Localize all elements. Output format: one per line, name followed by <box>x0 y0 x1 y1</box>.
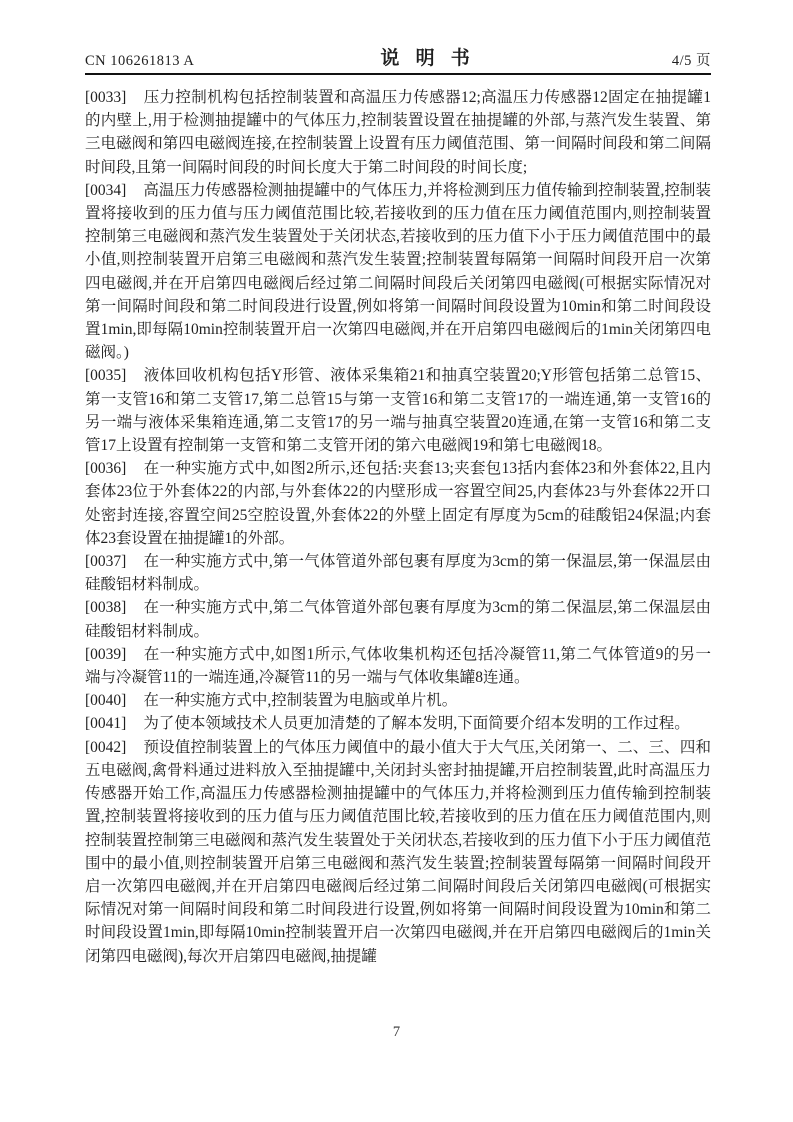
paragraph-number: [0034] <box>85 182 143 199</box>
paragraph-number: [0037] <box>85 553 143 570</box>
paragraph-text: 在一种实施方式中,第二气体管道外部包裹有厚度为3cm的第二保温层,第二保温层由硅… <box>85 599 711 639</box>
spec-paragraph: [0036]在一种实施方式中,如图2所示,还包括:夹套13;夹套包13括内套体2… <box>85 457 711 550</box>
page-footer: 7 <box>0 1024 793 1041</box>
paragraph-text: 液体回收机构包括Y形管、液体采集箱21和抽真空装置20;Y形管包括第二总管15、… <box>85 367 711 454</box>
spec-paragraph: [0040]在一种实施方式中,控制装置为电脑或单片机。 <box>85 689 711 712</box>
paragraph-number: [0039] <box>85 646 143 663</box>
spec-paragraph: [0035]液体回收机构包括Y形管、液体采集箱21和抽真空装置20;Y形管包括第… <box>85 364 711 457</box>
page-number: 7 <box>393 1024 400 1040</box>
spec-paragraph: [0041]为了使本领域技术人员更加清楚的了解本发明,下面简要介绍本发明的工作过… <box>85 712 711 735</box>
paragraph-text: 在一种实施方式中,如图2所示,还包括:夹套13;夹套包13括内套体23和外套体2… <box>85 460 711 547</box>
paragraph-text: 为了使本领域技术人员更加清楚的了解本发明,下面简要介绍本发明的工作过程。 <box>143 715 689 732</box>
paragraph-number: [0042] <box>85 739 143 756</box>
paragraph-number: [0035] <box>85 367 143 384</box>
document-number: CN 106261813 A <box>85 53 194 70</box>
paragraph-text: 预设值控制装置上的气体压力阈值中的最小值大于大气压,关闭第一、二、三、四和五电磁… <box>85 739 711 965</box>
paragraph-number: [0033] <box>85 89 143 106</box>
paragraph-number: [0038] <box>85 599 143 616</box>
sheet-page-indicator: 4/5 页 <box>672 49 711 70</box>
paragraph-text: 高温压力传感器检测抽提罐中的气体压力,并将检测到压力值传输到控制装置,控制装置将… <box>85 182 711 361</box>
paragraph-number: [0040] <box>85 692 143 709</box>
spec-paragraph: [0034]高温压力传感器检测抽提罐中的气体压力,并将检测到压力值传输到控制装置… <box>85 179 711 365</box>
patent-specification-page: CN 106261813 A 说明书 4/5 页 [0033]压力控制机构包括控… <box>0 0 793 1122</box>
paragraph-text: 在一种实施方式中,控制装置为电脑或单片机。 <box>143 692 457 709</box>
paragraph-text: 在一种实施方式中,如图1所示,气体收集机构还包括冷凝管11,第二气体管道9的另一… <box>85 646 711 686</box>
paragraph-text: 在一种实施方式中,第一气体管道外部包裹有厚度为3cm的第一保温层,第一保温层由硅… <box>85 553 711 593</box>
header-divider <box>85 73 711 75</box>
specification-body: [0033]压力控制机构包括控制装置和高温压力传感器12;高温压力传感器12固定… <box>85 86 711 968</box>
spec-paragraph: [0042]预设值控制装置上的气体压力阈值中的最小值大于大气压,关闭第一、二、三… <box>85 736 711 968</box>
spec-paragraph: [0037]在一种实施方式中,第一气体管道外部包裹有厚度为3cm的第一保温层,第… <box>85 550 711 596</box>
paragraph-number: [0041] <box>85 715 143 732</box>
paragraph-number: [0036] <box>85 460 143 477</box>
page-header: CN 106261813 A 说明书 4/5 页 <box>85 44 711 70</box>
paragraph-text: 压力控制机构包括控制装置和高温压力传感器12;高温压力传感器12固定在抽提罐1的… <box>85 89 711 176</box>
spec-paragraph: [0038]在一种实施方式中,第二气体管道外部包裹有厚度为3cm的第二保温层,第… <box>85 596 711 642</box>
document-title: 说明书 <box>380 43 485 70</box>
spec-paragraph: [0039]在一种实施方式中,如图1所示,气体收集机构还包括冷凝管11,第二气体… <box>85 643 711 689</box>
spec-paragraph: [0033]压力控制机构包括控制装置和高温压力传感器12;高温压力传感器12固定… <box>85 86 711 179</box>
